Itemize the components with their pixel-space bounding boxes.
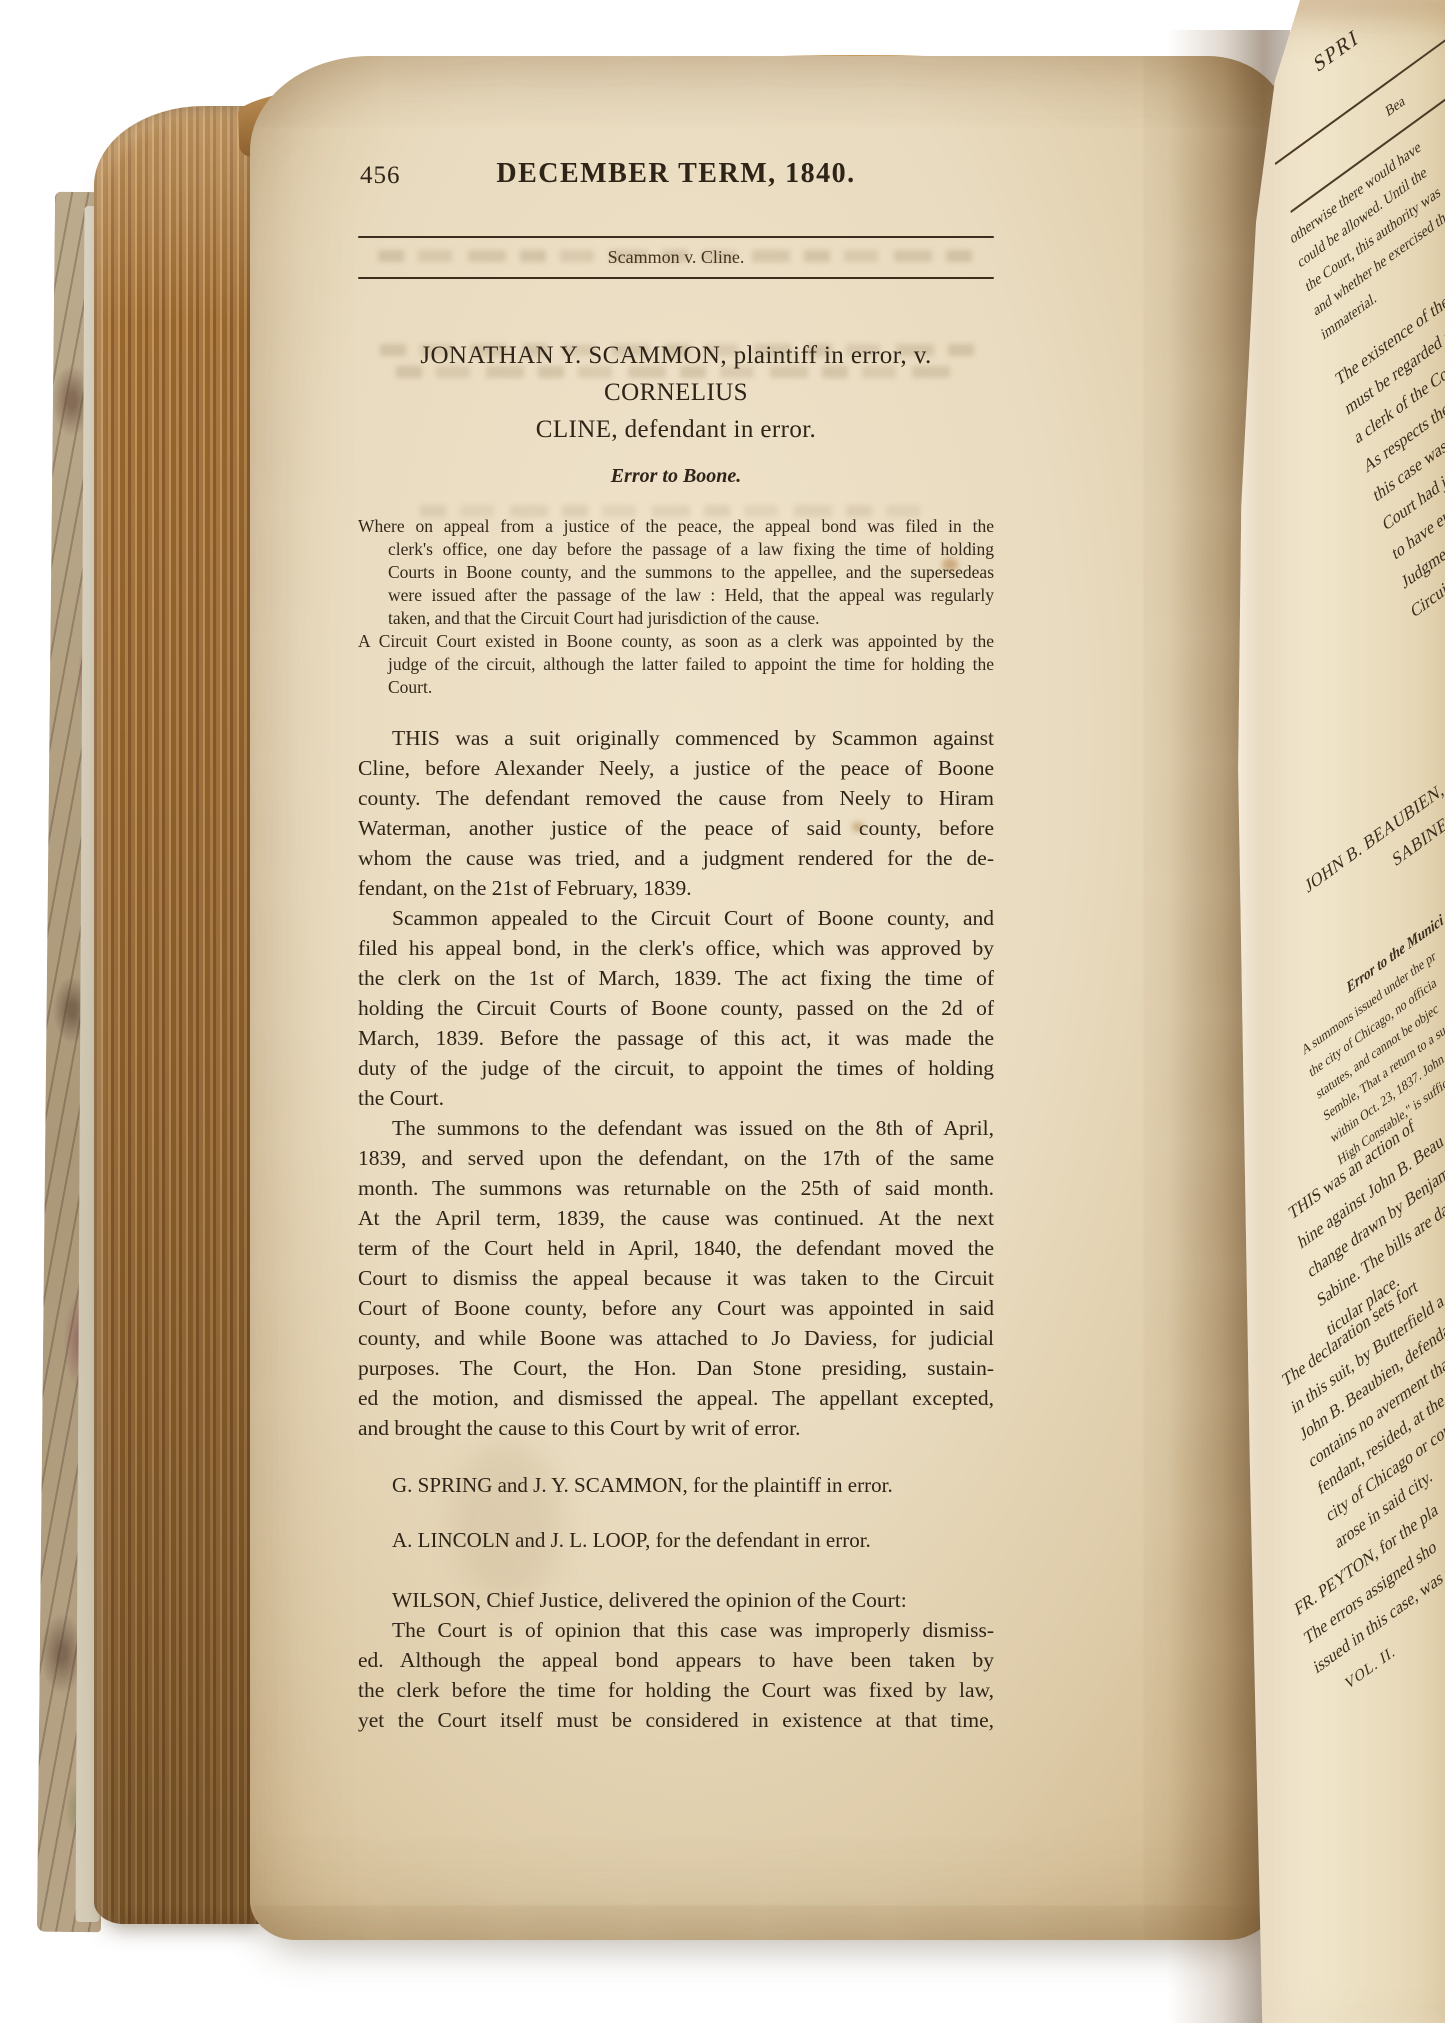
term-header: DECEMBER TERM, 1840. — [358, 158, 994, 190]
right-page: SPRI Bea otherwise there would havecould… — [1235, 0, 1445, 2023]
case-title-line2: CLINE, defendant in error. — [358, 411, 994, 448]
case-title: JONATHAN Y. SCAMMON, plaintiff in error,… — [358, 337, 994, 448]
headnote-line: Courts in Boone county, and the summons … — [358, 561, 994, 584]
text-line: fendant, on the 21st of February, 1839. — [358, 873, 994, 903]
text-line: The Court is of opinion that this case w… — [358, 1615, 994, 1645]
text-line: Cline, before Alexander Neely, a justice… — [358, 753, 994, 783]
headnote-line: clerk's office, one day before the passa… — [358, 538, 994, 561]
text-line: and brought the cause to this Court by w… — [358, 1413, 994, 1443]
paragraph: ed. Although the appeal bond appears to … — [358, 1645, 994, 1735]
page-number: 456 — [360, 162, 401, 190]
text-line: month. The summons was returnable on the… — [358, 1173, 994, 1203]
case-title-line1: JONATHAN Y. SCAMMON, plaintiff in error,… — [358, 337, 994, 411]
text-line: yet the Court itself must be considered … — [358, 1705, 994, 1735]
text-line: county. The defendant removed the cause … — [358, 783, 994, 813]
counsel-plaintiff: G. SPRING and J. Y. SCAMMON, for the pla… — [358, 1473, 994, 1498]
headnote-lines: clerk's office, one day before the passa… — [358, 538, 994, 630]
text-line: the Court. — [358, 1083, 994, 1113]
opinion-body: THIS was a suit originally commenced by … — [358, 723, 994, 1443]
counsel-defendant: A. LINCOLN and J. L. LOOP, for the defen… — [358, 1528, 994, 1553]
text-line: Court of Boone county, before any Court … — [358, 1293, 994, 1323]
text-line: county, and while Boone was attached to … — [358, 1323, 994, 1353]
text-line: whom the cause was tried, and a judgment… — [358, 843, 994, 873]
text-line: the clerk before the time for holding th… — [358, 1675, 994, 1705]
headnote-line: Where on appeal from a justice of the pe… — [358, 515, 994, 538]
paragraph: filed his appeal bond, in the clerk's of… — [358, 933, 994, 1113]
text-line: the clerk on the 1st of March, 1839. The… — [358, 963, 994, 993]
text-line: holding the Circuit Courts of Boone coun… — [358, 993, 994, 1023]
paragraph: 1839, and served upon the defendant, on … — [358, 1143, 994, 1443]
venue-line: Error to Boone. — [358, 465, 994, 488]
page-stack-fore-edge — [94, 106, 272, 1924]
headnote-line: judge of the circuit, although the latte… — [358, 653, 994, 676]
left-page-text: 456 DECEMBER TERM, 1840. Scammon v. Clin… — [358, 158, 994, 1735]
text-line: ed the motion, and dismissed the appeal.… — [358, 1383, 994, 1413]
text-line: purposes. The Court, the Hon. Dan Stone … — [358, 1353, 994, 1383]
headnote-line: Court. — [358, 676, 994, 699]
text-line: THIS was a suit originally commenced by … — [358, 723, 994, 753]
opinion-intro: WILSON, Chief Justice, delivered the opi… — [358, 1585, 994, 1615]
paragraph: Cline, before Alexander Neely, a justice… — [358, 753, 994, 903]
text-line: filed his appeal bond, in the clerk's of… — [358, 933, 994, 963]
rule — [358, 236, 994, 238]
text-line: term of the Court held in April, 1840, t… — [358, 1233, 994, 1263]
text-line: The summons to the defendant was issued … — [358, 1113, 994, 1143]
headnote-line: taken, and that the Circuit Court had ju… — [358, 607, 994, 630]
text-line: Court to dismiss the appeal because it w… — [358, 1263, 994, 1293]
running-case-title: Scammon v. Cline. — [358, 247, 994, 268]
headnote: Where on appeal from a justice of the pe… — [358, 515, 994, 699]
headnote-line: were issued after the passage of the law… — [358, 584, 994, 607]
page-header: 456 DECEMBER TERM, 1840. — [358, 158, 994, 196]
book-photo: 456 DECEMBER TERM, 1840. Scammon v. Clin… — [0, 0, 1445, 2023]
text-line: Scammon appealed to the Circuit Court of… — [358, 903, 994, 933]
right-case-title: JOHN B. BEAUBIEN, plai SABINE, d — [1301, 619, 1445, 932]
text-line: March, 1839. Before the passage of this … — [358, 1023, 994, 1053]
headnote-lines: judge of the circuit, although the latte… — [358, 653, 994, 699]
headnote-line: A Circuit Court existed in Boone county,… — [358, 630, 994, 653]
text-line: ed. Although the appeal bond appears to … — [358, 1645, 994, 1675]
text-line: duty of the judge of the circuit, to app… — [358, 1053, 994, 1083]
text-line: At the April term, 1839, the cause was c… — [358, 1203, 994, 1233]
text-line: Waterman, another justice of the peace o… — [358, 813, 994, 843]
rule — [358, 277, 994, 279]
text-line: 1839, and served upon the defendant, on … — [358, 1143, 994, 1173]
